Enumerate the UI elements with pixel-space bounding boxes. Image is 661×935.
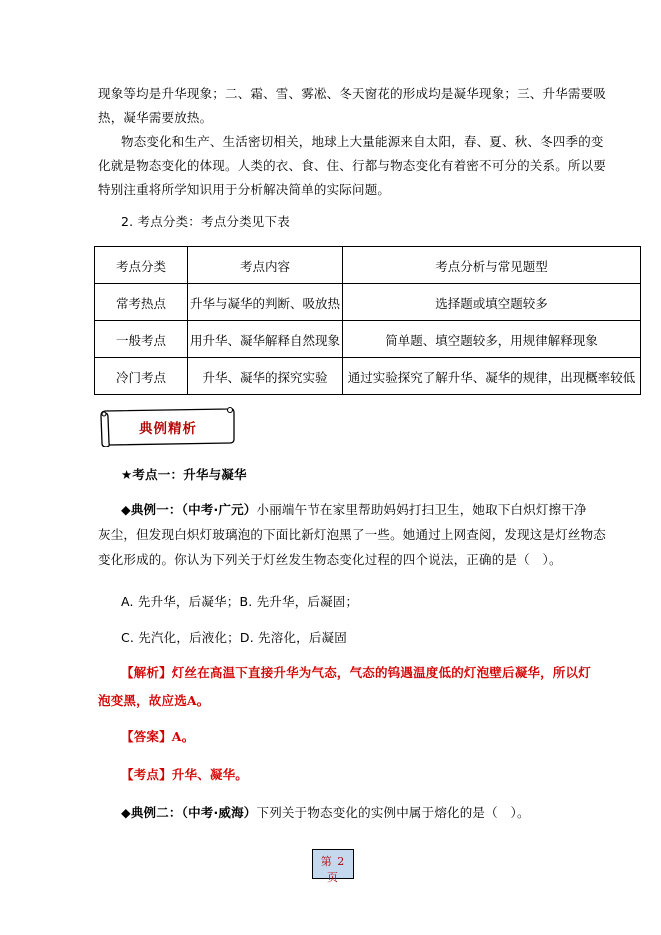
answer-text: 【答案】A。 bbox=[121, 729, 194, 745]
analysis-line-1: 【解析】灯丝在高温下直接升华为气态，气态的钨遇温度低的灯泡壁后凝华，所以灯 bbox=[121, 665, 591, 681]
example-2-label: ◆典例二：（中考·威海） bbox=[121, 805, 257, 820]
table-row: 常考热点 升华与凝华的判断、吸放热 选择题或填空题较多 bbox=[95, 284, 641, 321]
table-cell: 一般考点 bbox=[95, 321, 188, 358]
paragraph-2-line-2: 化就是物态变化的体现。人类的衣、食、住、行都与物态变化有着密不可分的关系。所以要 bbox=[98, 158, 606, 174]
page-number-box: 第 2 页 bbox=[312, 849, 354, 879]
table-row: 一般考点 用升华、凝华解释自然现象 简单题、填空题较多，用规律解释现象 bbox=[95, 321, 641, 358]
options-line-1: A. 先升华，后凝华；B. 先升华，后凝固； bbox=[121, 594, 358, 610]
kaodian-1-title: ★考点一：升华与凝华 bbox=[121, 467, 247, 483]
paragraph-2-line-3: 特别注重将所学知识用于分析解决简单的实际问题。 bbox=[98, 182, 390, 198]
options-line-2: C. 先汽化，后液化；D. 先溶化，后凝固 bbox=[121, 630, 347, 646]
section-banner: 典例精析 bbox=[98, 405, 238, 445]
table-header-cell: 考点分类 bbox=[95, 247, 188, 284]
kaodian-note: 【考点】升华、凝华。 bbox=[121, 767, 248, 783]
table-header-cell: 考点内容 bbox=[188, 247, 343, 284]
table-header-row: 考点分类 考点内容 考点分析与常见题型 bbox=[95, 247, 641, 284]
table-cell: 升华、凝华的探究实验 bbox=[188, 358, 343, 395]
paragraph-2-line-1: 物态变化和生产、生活密切相关，地球上大量能源来自太阳，春、夏、秋、冬四季的变 bbox=[121, 134, 604, 150]
example-1-line-3: 变化形成的。你认为下列关于灯丝发生物态变化过程的四个说法，正确的是（ ）。 bbox=[98, 552, 562, 568]
example-1-label: ◆典例一：（中考·广元） bbox=[121, 502, 257, 517]
table-cell: 用升华、凝华解释自然现象 bbox=[188, 321, 343, 358]
intro-line-1: 现象等均是升华现象；二、霜、雪、雾凇、冬天窗花的形成均是凝华现象；三、升华需要吸 bbox=[98, 86, 606, 102]
page-number-label: 第 2 页 bbox=[313, 853, 353, 885]
table-cell: 升华与凝华的判断、吸放热 bbox=[188, 284, 343, 321]
table-row: 冷门考点 升华、凝华的探究实验 通过实验探究了解升华、凝华的规律，出现概率较低 bbox=[95, 358, 641, 395]
classification-table: 考点分类 考点内容 考点分析与常见题型 常考热点 升华与凝华的判断、吸放热 选择… bbox=[94, 246, 641, 395]
analysis-line-2: 泡变黑，故应选A。 bbox=[98, 693, 210, 709]
banner-label: 典例精析 bbox=[98, 417, 238, 437]
table-cell: 通过实验探究了解升华、凝华的规律，出现概率较低 bbox=[343, 358, 641, 395]
example-1-line-2: 灰尘，但发现白炽灯玻璃泡的下面比新灯泡黑了一些。她通过上网查阅，发现这是灯丝物态 bbox=[98, 527, 606, 543]
table-cell: 选择题或填空题较多 bbox=[343, 284, 641, 321]
example-1-text: 小丽端午节在家里帮助妈妈打扫卫生，她取下白炽灯擦干净 bbox=[257, 502, 587, 517]
table-header-cell: 考点分析与常见题型 bbox=[343, 247, 641, 284]
section-heading: 2. 考点分类：考点分类见下表 bbox=[121, 214, 290, 230]
table-cell: 冷门考点 bbox=[95, 358, 188, 395]
table-cell: 简单题、填空题较多，用规律解释现象 bbox=[343, 321, 641, 358]
example-2-text: 下列关于物态变化的实例中属于熔化的是（ ）。 bbox=[257, 805, 530, 820]
example-2-line: ◆典例二：（中考·威海）下列关于物态变化的实例中属于熔化的是（ ）。 bbox=[121, 805, 530, 821]
table-cell: 常考热点 bbox=[95, 284, 188, 321]
example-1-line-1: ◆典例一：（中考·广元）小丽端午节在家里帮助妈妈打扫卫生，她取下白炽灯擦干净 bbox=[121, 502, 587, 518]
intro-line-2: 热，凝华需要放热。 bbox=[98, 110, 212, 126]
